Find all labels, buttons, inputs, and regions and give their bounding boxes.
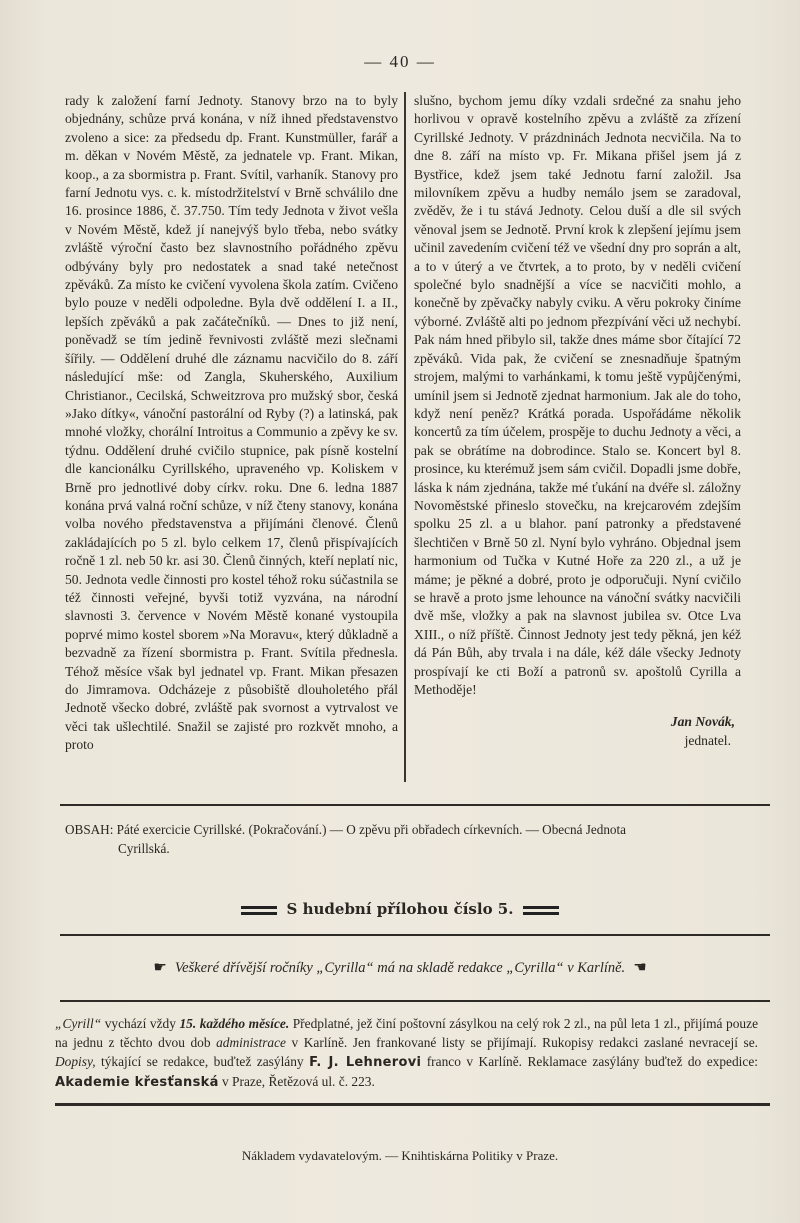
expedition-name: Akademie křesťanská [55, 1075, 219, 1090]
author-role: jednatel. [414, 732, 741, 750]
info-text: vychází vždy [101, 1016, 179, 1031]
divider-rule [60, 804, 770, 806]
divider-rule [60, 934, 770, 936]
publication-info: „Cyrill“ vychází vždy 15. každého měsíce… [55, 1014, 758, 1092]
pointing-hand-right-icon: ☛ [153, 958, 166, 977]
administration: administrace [216, 1035, 286, 1050]
notice-text: Veškeré dřívější ročníky „Cyrilla“ má na… [175, 960, 625, 976]
back-issues-notice: ☛Veškeré dřívější ročníky „Cyrilla“ má n… [0, 958, 800, 977]
divider-rule [55, 1103, 770, 1106]
table-of-contents: OBSAH: Páté exercicie Cyrillské. (Pokrač… [65, 820, 745, 858]
page-number: — 40 — [0, 52, 800, 72]
contents-label: OBSAH: [65, 822, 113, 837]
divider-rule [60, 1000, 770, 1002]
info-text: v Karlíně. Jen frankované listy se přijí… [286, 1035, 758, 1050]
column-divider [404, 92, 406, 782]
scanned-page: — 40 — rady k založení farní Jednoty. St… [0, 0, 800, 1223]
journal-title: „Cyrill“ [55, 1016, 101, 1031]
author-signature: Jan Novák, [414, 713, 741, 731]
double-rule-ornament [241, 906, 277, 915]
editor-name: F. J. Lehnerovi [309, 1055, 421, 1070]
article-paragraph: rady k založení farní Jednoty. Stanovy b… [65, 92, 398, 755]
pointing-hand-left-icon: ☚ [633, 958, 646, 977]
article-right-column: slušno, bychom jemu díky vzdali srdečné … [414, 92, 741, 750]
contents-line: Páté exercicie Cyrillské. (Pokračování.)… [117, 822, 626, 837]
info-text: v Praze, Řetězová ul. č. 223. [219, 1074, 375, 1089]
article-paragraph: slušno, bychom jemu díky vzdali srdečné … [414, 92, 741, 699]
printer-imprint: Nákladem vydavatelovým. — Knihtiskárna P… [0, 1148, 800, 1164]
double-rule-ornament [523, 906, 559, 915]
info-text: franco v Karlíně. Reklamace zasýlány buď… [421, 1054, 758, 1069]
letters-label: Dopisy, [55, 1054, 96, 1069]
contents-line: Cyrillská. [65, 839, 745, 858]
article-left-column: rady k založení farní Jednoty. Stanovy b… [65, 92, 398, 755]
issue-date: 15. každého měsíce. [179, 1016, 289, 1031]
supplement-text: S hudební přílohou číslo 5. [287, 900, 514, 918]
info-text: týkající se redakce, buďtež zasýlány [96, 1054, 310, 1069]
music-supplement-heading: S hudební přílohou číslo 5. [0, 900, 800, 918]
